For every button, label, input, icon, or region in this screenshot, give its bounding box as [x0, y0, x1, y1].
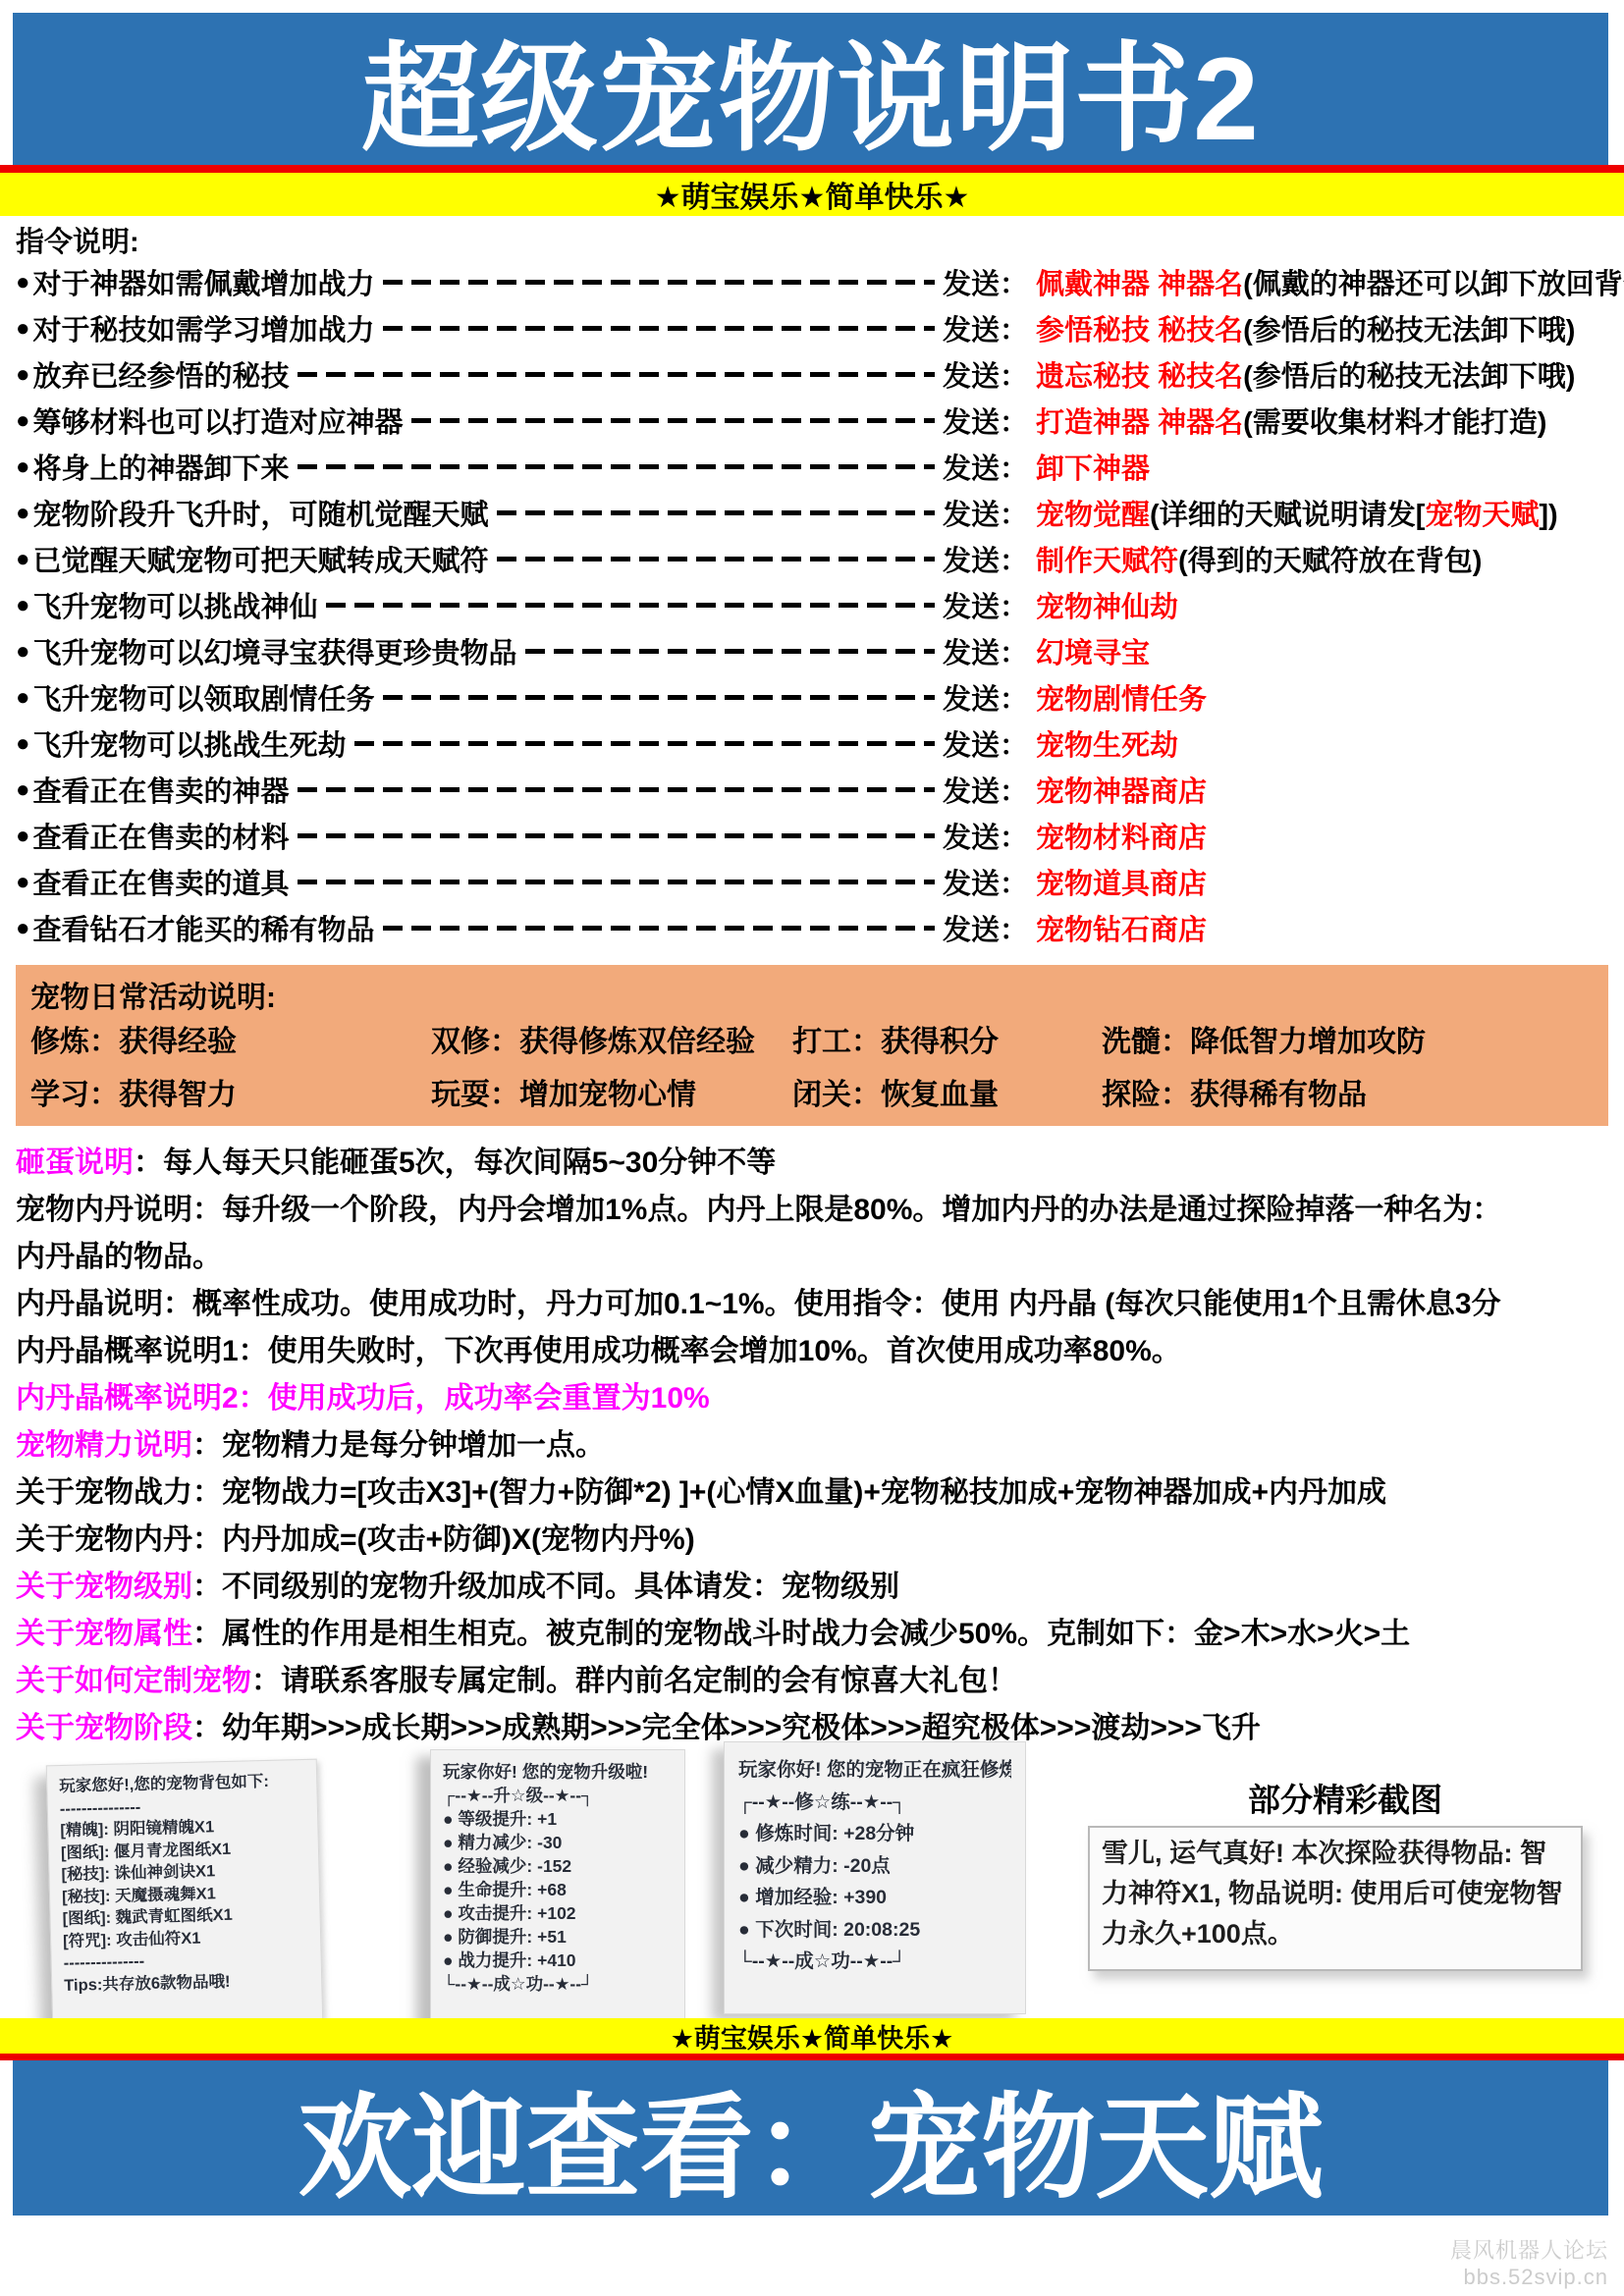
- command-result: 发送：遗忘秘技 秘技名(参悟后的秘技无法卸下哦): [943, 354, 1624, 395]
- card-decor-bottom: └--★--成☆功--★--┘: [443, 1972, 673, 1996]
- command-row: ●已觉醒天赋宠物可把天赋转成天赋符发送：制作天赋符(得到的天赋符放在背包): [16, 536, 1624, 582]
- note-line: 关于宠物战力：宠物战力=[攻击X3]+(智力+防御*2) ]+(心情X血量)+宠…: [16, 1466, 1624, 1513]
- card-item: ● 增加经验: +390: [738, 1882, 1011, 1914]
- activity-item: 洗髓：降低智力增加攻防: [1102, 1016, 1608, 1061]
- command-result: 发送：宠物神器商店: [943, 770, 1624, 810]
- instructions-heading: 指令说明:: [16, 220, 1624, 259]
- command-result: 发送：制作天赋符(得到的天赋符放在背包): [943, 539, 1624, 579]
- send-label: 发送：: [943, 823, 1028, 854]
- command-left: ●飞升宠物可以幻境寻宝获得更珍贵物品: [16, 631, 943, 671]
- command-result: 发送：佩戴神器 神器名(佩戴的神器还可以卸下放回背包): [943, 262, 1624, 302]
- send-label: 发送：: [943, 546, 1028, 577]
- note-segment: 关于宠物内丹：内丹加成=(攻击+防御)X(宠物内丹%): [16, 1515, 695, 1558]
- card-title: 玩家你好! 您的宠物正在疯狂修炼ing: [738, 1754, 1011, 1787]
- note-line: 内丹晶的物品。: [16, 1230, 1624, 1277]
- command-row: ●飞升宠物可以挑战神仙发送：宠物神仙劫: [16, 582, 1624, 628]
- bullet-icon: ●: [16, 271, 30, 294]
- activity-item: 闭关：恢复血量: [792, 1069, 1102, 1114]
- poster-page: { "colors":{ "header_blue":"#2d72b2","st…: [0, 0, 1624, 2296]
- card-item: ● 减少精力: -20点: [738, 1850, 1011, 1883]
- send-label: 发送：: [943, 269, 1028, 300]
- send-label: 发送：: [943, 776, 1028, 808]
- command-result-segment: ]): [1539, 500, 1557, 531]
- card-item: ● 生命提升: +68: [443, 1878, 673, 1901]
- upgrade-card: 玩家你好! 您的宠物升级啦!┌--★--升☆级--★--┐● 等级提升: +1●…: [430, 1749, 685, 2028]
- note-segment: 关于宠物战力：宠物战力=[攻击X3]+(智力+防御*2) ]+(心情X血量)+宠…: [16, 1468, 1386, 1511]
- command-left: ●飞升宠物可以领取剧情任务: [16, 677, 943, 718]
- card-decor-bottom: └--★--成☆功--★--┘: [738, 1946, 1011, 1978]
- command-left: ●已觉醒天赋宠物可把天赋转成天赋符: [16, 539, 943, 579]
- activity-item: 学习：获得智力: [30, 1069, 431, 1114]
- dash-leader: [411, 418, 935, 423]
- note-segment: 内丹晶说明：概率性成功。使用成功时，丹力可加0.1~1%。使用指令：使用 内丹晶…: [16, 1279, 1501, 1322]
- banner-text-top: ★萌宝娱乐★简单快乐★: [655, 173, 970, 216]
- card-item: ● 经验减少: -152: [443, 1854, 673, 1878]
- note-segment: 砸蛋说明: [16, 1138, 134, 1181]
- command-result-segment: (需要收集材料才能打造): [1243, 407, 1546, 439]
- note-segment: ：不同级别的宠物升级加成不同。具体请发：宠物级别: [192, 1562, 899, 1605]
- card-title: 玩家你好! 您的宠物升级啦!: [443, 1760, 673, 1784]
- command-result-segment: 宠物道具商店: [1036, 869, 1207, 900]
- highlight-heading: 部分精彩截图: [1129, 1775, 1561, 1821]
- command-result-segment: 制作天赋符: [1036, 546, 1178, 577]
- command-result: 发送：幻境寻宝: [943, 631, 1624, 671]
- send-label: 发送：: [943, 730, 1028, 762]
- activity-item: 修炼：获得经验: [30, 1016, 431, 1061]
- command-row: ●查看正在售卖的道具发送：宠物道具商店: [16, 859, 1624, 905]
- card-item: ● 攻击提升: +102: [443, 1901, 673, 1925]
- send-label: 发送：: [943, 454, 1028, 485]
- yellow-band-bottom: ★萌宝娱乐★简单快乐★: [0, 2018, 1624, 2054]
- command-left: ●查看正在售卖的材料: [16, 816, 943, 856]
- command-result: 发送：参悟秘技 秘技名(参悟后的秘技无法卸下哦): [943, 308, 1624, 348]
- banner-text-bottom: ★萌宝娱乐★简单快乐★: [671, 2017, 954, 2056]
- command-row: ●查看正在售卖的神器发送：宠物神器商店: [16, 767, 1624, 813]
- note-segment: 内丹晶概率说明2：使用成功后，成功率会重置为10%: [16, 1373, 710, 1416]
- footer-title: 欢迎查看：宠物天赋: [298, 2056, 1324, 2220]
- send-label: 发送：: [943, 915, 1028, 946]
- command-label: 飞升宠物可以挑战生死劫: [33, 723, 347, 764]
- command-label: 查看正在售卖的神器: [33, 770, 290, 810]
- dash-leader: [497, 557, 935, 561]
- command-label: 飞升宠物可以挑战神仙: [33, 585, 318, 625]
- command-label: 飞升宠物可以幻境寻宝获得更珍贵物品: [33, 631, 517, 671]
- command-list: ●对于神器如需佩戴增加战力发送：佩戴神器 神器名(佩戴的神器还可以卸下放回背包)…: [16, 259, 1624, 951]
- bullet-icon: ●: [16, 548, 30, 571]
- command-result-segment: 宠物材料商店: [1036, 823, 1207, 854]
- send-label: 发送：: [943, 407, 1028, 439]
- command-label: 将身上的神器卸下来: [33, 447, 290, 487]
- command-result: 发送：宠物剧情任务: [943, 677, 1624, 718]
- dash-leader: [298, 372, 935, 377]
- bullet-icon: ●: [16, 594, 30, 617]
- note-segment: 关于宠物阶段: [16, 1703, 192, 1746]
- command-row: ●宠物阶段升飞升时，可随机觉醒天赋发送：宠物觉醒(详细的天赋说明请发[宠物天赋]…: [16, 490, 1624, 536]
- page-title: 超级宠物说明书2: [361, 5, 1260, 174]
- header-band: 超级宠物说明书2: [13, 13, 1608, 165]
- command-result-segment: 宠物神仙劫: [1036, 592, 1178, 623]
- command-result-segment: 宠物天赋: [1425, 500, 1539, 531]
- note-line: 内丹晶说明：概率性成功。使用成功时，丹力可加0.1~1%。使用指令：使用 内丹晶…: [16, 1277, 1624, 1324]
- command-result-segment: 宠物觉醒: [1036, 500, 1150, 531]
- dash-leader: [383, 280, 935, 285]
- bullet-icon: ●: [16, 732, 30, 756]
- card-decor-top: ┌--★--修☆练--★--┐: [738, 1787, 1011, 1819]
- note-segment: ：宠物精力是每分钟增加一点。: [192, 1420, 605, 1464]
- note-segment: ：属性的作用是相生相克。被克制的宠物战斗时战力会减少50%。克制如下：金>木>水…: [192, 1609, 1410, 1652]
- note-line: 内丹晶概率说明2：使用成功后，成功率会重置为10%: [16, 1371, 1624, 1418]
- highlight-box: 雪儿, 运气真好! 本次探险获得物品: 智力神符X1, 物品说明: 使用后可使宠…: [1088, 1826, 1583, 1971]
- bullet-icon: ●: [16, 917, 30, 940]
- bullet-icon: ●: [16, 686, 30, 710]
- send-label: 发送：: [943, 684, 1028, 716]
- card-item: ● 等级提升: +1: [443, 1807, 673, 1831]
- note-line: 宠物精力说明：宠物精力是每分钟增加一点。: [16, 1418, 1624, 1466]
- command-label: 宠物阶段升飞升时，可随机觉醒天赋: [33, 493, 489, 533]
- bullet-icon: ●: [16, 778, 30, 802]
- dash-leader: [298, 833, 935, 838]
- command-left: ●飞升宠物可以挑战生死劫: [16, 723, 943, 764]
- command-result: 发送：宠物材料商店: [943, 816, 1624, 856]
- note-line: 宠物内丹说明：每升级一个阶段，内丹会增加1%点。内丹上限是80%。增加内丹的办法…: [16, 1183, 1624, 1230]
- note-segment: 关于宠物属性: [16, 1609, 192, 1652]
- activity-item: 双修：获得修炼双倍经验: [431, 1016, 792, 1061]
- command-left: ●查看钻石才能买的稀有物品: [16, 908, 943, 948]
- command-left: ●查看正在售卖的道具: [16, 862, 943, 902]
- command-result-segment: (得到的天赋符放在背包): [1178, 546, 1482, 577]
- command-row: ●放弃已经参悟的秘技发送：遗忘秘技 秘技名(参悟后的秘技无法卸下哦): [16, 351, 1624, 398]
- command-left: ●宠物阶段升飞升时，可随机觉醒天赋: [16, 493, 943, 533]
- activity-item: 探险：获得稀有物品: [1102, 1069, 1608, 1114]
- command-row: ●筹够材料也可以打造对应神器发送：打造神器 神器名(需要收集材料才能打造): [16, 398, 1624, 444]
- activity-item: 玩耍：增加宠物心情: [431, 1069, 792, 1114]
- card-item: ● 修炼时间: +28分钟: [738, 1818, 1011, 1850]
- command-result-segment: 宠物钻石商店: [1036, 915, 1207, 946]
- backpack-card: 玩家您好!,您的宠物背包如下:---------------[精魄]: 阴阳镜精…: [46, 1759, 323, 2028]
- bullet-icon: ●: [16, 502, 30, 525]
- note-segment: ：幼年期>>>成长期>>>成熟期>>>完全体>>>究极体>>>超究极体>>>渡劫…: [192, 1703, 1261, 1746]
- note-segment: 宠物精力说明: [16, 1420, 192, 1464]
- command-label: 查看正在售卖的道具: [33, 862, 290, 902]
- note-line: 内丹晶概率说明1：使用失败时，下次再使用成功概率会增加10%。首次使用成功率80…: [16, 1324, 1624, 1371]
- command-result-segment: 佩戴神器 神器名: [1036, 269, 1243, 300]
- command-result-segment: (详细的天赋说明请发[: [1150, 500, 1425, 531]
- command-result: 发送：宠物觉醒(详细的天赋说明请发[宠物天赋]): [943, 493, 1624, 533]
- dash-leader: [383, 695, 935, 700]
- command-result-segment: (参悟后的秘技无法卸下哦): [1243, 315, 1575, 347]
- command-result-segment: 宠物生死劫: [1036, 730, 1178, 762]
- command-result: 发送：卸下神器: [943, 447, 1624, 487]
- activities-heading: 宠物日常活动说明:: [30, 973, 1608, 1016]
- send-label: 发送：: [943, 638, 1028, 669]
- bullet-icon: ●: [16, 825, 30, 848]
- command-label: 飞升宠物可以领取剧情任务: [33, 677, 375, 718]
- note-line: 关于宠物级别：不同级别的宠物升级加成不同。具体请发：宠物级别: [16, 1560, 1624, 1607]
- watermark-line1: 晨风机器人论坛: [1450, 2237, 1608, 2264]
- command-row: ●将身上的神器卸下来发送：卸下神器: [16, 444, 1624, 490]
- command-left: ●对于神器如需佩戴增加战力: [16, 262, 943, 302]
- send-label: 发送：: [943, 315, 1028, 347]
- activities-panel: 宠物日常活动说明: 修炼：获得经验双修：获得修炼双倍经验打工：获得积分洗髓：降低…: [16, 965, 1608, 1126]
- dash-leader: [525, 649, 935, 654]
- command-result-segment: 打造神器 神器名: [1036, 407, 1243, 439]
- bullet-icon: ●: [16, 640, 30, 664]
- note-line: 关于如何定制宠物：请联系客服专属定制。群内前名定制的会有惊喜大礼包！: [16, 1654, 1624, 1701]
- command-label: 筹够材料也可以打造对应神器: [33, 400, 404, 441]
- card-item: ● 下次时间: 20:08:25: [738, 1914, 1011, 1947]
- train-card: 玩家你好! 您的宠物正在疯狂修炼ing┌--★--修☆练--★--┐● 修炼时间…: [724, 1741, 1026, 2014]
- command-left: ●飞升宠物可以挑战神仙: [16, 585, 943, 625]
- command-result: 发送：宠物生死劫: [943, 723, 1624, 764]
- bullet-icon: ●: [16, 455, 30, 479]
- card-decor-top: ┌--★--升☆级--★--┐: [443, 1784, 673, 1807]
- send-label: 发送：: [943, 500, 1028, 531]
- red-stripe-top: [0, 165, 1624, 173]
- command-label: 对于秘技如需学习增加战力: [33, 308, 375, 348]
- bullet-icon: ●: [16, 363, 30, 387]
- command-result: 发送：宠物道具商店: [943, 862, 1624, 902]
- command-left: ●放弃已经参悟的秘技: [16, 354, 943, 395]
- activity-item: 打工：获得积分: [792, 1016, 1102, 1061]
- command-result-segment: 遗忘秘技 秘技名: [1036, 361, 1243, 393]
- notes-section: 砸蛋说明：每人每天只能砸蛋5次，每次间隔5~30分钟不等宠物内丹说明：每升级一个…: [16, 1136, 1624, 1748]
- command-result-segment: 宠物神器商店: [1036, 776, 1207, 808]
- send-label: 发送：: [943, 361, 1028, 393]
- command-result-segment: 卸下神器: [1036, 454, 1150, 485]
- command-result-segment: 宠物剧情任务: [1036, 684, 1207, 716]
- card-item: ● 精力减少: -30: [443, 1831, 673, 1854]
- note-segment: ：请联系客服专属定制。群内前名定制的会有惊喜大礼包！: [251, 1656, 1017, 1699]
- dash-leader: [298, 787, 935, 792]
- command-label: 查看正在售卖的材料: [33, 816, 290, 856]
- note-segment: 关于宠物级别: [16, 1562, 192, 1605]
- command-result: 发送：宠物钻石商店: [943, 908, 1624, 948]
- main-content: 指令说明: ●对于神器如需佩戴增加战力发送：佩戴神器 神器名(佩戴的神器还可以卸…: [16, 220, 1624, 1748]
- command-row: ●飞升宠物可以领取剧情任务发送：宠物剧情任务: [16, 674, 1624, 721]
- card-item: ● 战力提升: +410: [443, 1949, 673, 1972]
- command-result-segment: 参悟秘技 秘技名: [1036, 315, 1243, 347]
- card-item: ● 防御提升: +51: [443, 1925, 673, 1949]
- watermark-line2: bbs.52svip.cn: [1450, 2264, 1608, 2290]
- bullet-icon: ●: [16, 317, 30, 341]
- note-segment: 宠物内丹说明：每升级一个阶段，内丹会增加1%点。内丹上限是80%。增加内丹的办法…: [16, 1185, 1501, 1228]
- activities-grid: 修炼：获得经验双修：获得修炼双倍经验打工：获得积分洗髓：降低智力增加攻防学习：获…: [30, 1016, 1608, 1114]
- note-segment: 内丹晶概率说明1：使用失败时，下次再使用成功概率会增加10%。首次使用成功率80…: [16, 1326, 1181, 1369]
- watermark: 晨风机器人论坛 bbs.52svip.cn: [1450, 2237, 1608, 2290]
- command-left: ●将身上的神器卸下来: [16, 447, 943, 487]
- note-line: 关于宠物属性：属性的作用是相生相克。被克制的宠物战斗时战力会减少50%。克制如下…: [16, 1607, 1624, 1654]
- note-segment: ：每人每天只能砸蛋5次，每次间隔5~30分钟不等: [134, 1138, 776, 1181]
- bullet-icon: ●: [16, 409, 30, 433]
- dash-leader: [326, 603, 935, 608]
- command-label: 放弃已经参悟的秘技: [33, 354, 290, 395]
- command-result-segment: 幻境寻宝: [1036, 638, 1150, 669]
- command-result-segment: (佩戴的神器还可以卸下放回背包): [1243, 269, 1624, 300]
- send-label: 发送：: [943, 592, 1028, 623]
- command-label: 查看钻石才能买的稀有物品: [33, 908, 375, 948]
- dash-leader: [383, 326, 935, 331]
- note-line: 砸蛋说明：每人每天只能砸蛋5次，每次间隔5~30分钟不等: [16, 1136, 1624, 1183]
- note-segment: 关于如何定制宠物: [16, 1656, 251, 1699]
- send-label: 发送：: [943, 869, 1028, 900]
- bullet-icon: ●: [16, 871, 30, 894]
- command-result: 发送：宠物神仙劫: [943, 585, 1624, 625]
- command-row: ●查看钻石才能买的稀有物品发送：宠物钻石商店: [16, 905, 1624, 951]
- command-result-segment: (参悟后的秘技无法卸下哦): [1243, 361, 1575, 393]
- command-label: 已觉醒天赋宠物可把天赋转成天赋符: [33, 539, 489, 579]
- dash-leader: [354, 741, 935, 746]
- command-row: ●对于神器如需佩戴增加战力发送：佩戴神器 神器名(佩戴的神器还可以卸下放回背包): [16, 259, 1624, 305]
- note-line: 关于宠物内丹：内丹加成=(攻击+防御)X(宠物内丹%): [16, 1513, 1624, 1560]
- command-row: ●查看正在售卖的材料发送：宠物材料商店: [16, 813, 1624, 859]
- dash-leader: [383, 926, 935, 931]
- command-row: ●飞升宠物可以幻境寻宝获得更珍贵物品发送：幻境寻宝: [16, 628, 1624, 674]
- command-left: ●筹够材料也可以打造对应神器: [16, 400, 943, 441]
- dash-leader: [298, 464, 935, 469]
- yellow-band-top: ★萌宝娱乐★简单快乐★: [0, 173, 1624, 216]
- command-left: ●对于秘技如需学习增加战力: [16, 308, 943, 348]
- footer-band: 欢迎查看：宠物天赋: [13, 2060, 1608, 2216]
- command-label: 对于神器如需佩戴增加战力: [33, 262, 375, 302]
- dash-leader: [298, 880, 935, 884]
- command-row: ●飞升宠物可以挑战生死劫发送：宠物生死劫: [16, 721, 1624, 767]
- note-segment: 内丹晶的物品。: [16, 1232, 222, 1275]
- command-row: ●对于秘技如需学习增加战力发送：参悟秘技 秘技名(参悟后的秘技无法卸下哦): [16, 305, 1624, 351]
- command-left: ●查看正在售卖的神器: [16, 770, 943, 810]
- command-result: 发送：打造神器 神器名(需要收集材料才能打造): [943, 400, 1624, 441]
- dash-leader: [497, 510, 935, 515]
